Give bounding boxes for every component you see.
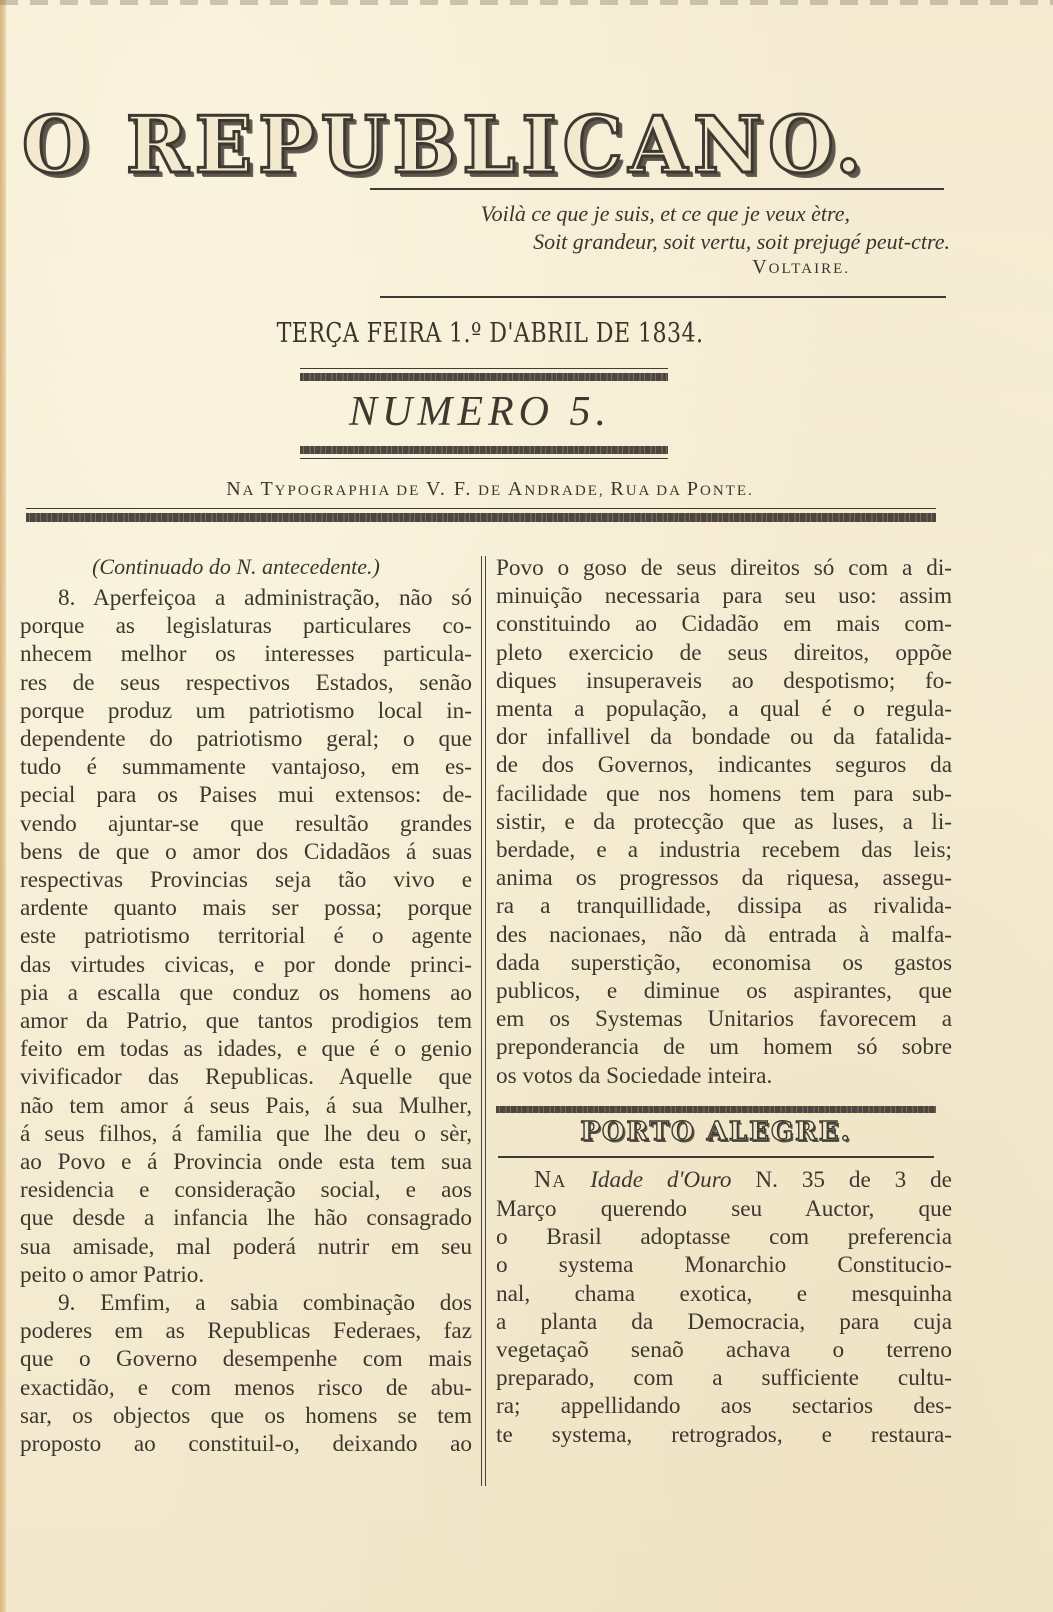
imprint-text: ndrade,	[524, 483, 610, 499]
text-line: menta a população, a qual é o regula-	[496, 695, 952, 723]
text-line: dada superstição, economisa os gastos	[496, 949, 952, 977]
publication-name: Idade d'Ouro	[566, 1167, 731, 1193]
text-line: poderes em as Republicas Federaes, faz	[20, 1317, 472, 1345]
text-line: dor infallivel da bondade ou da fatalida…	[496, 723, 952, 751]
imprint-cap: R	[610, 478, 625, 500]
text-line: diques insuperaveis ao despotismo; fo-	[496, 667, 952, 695]
text-line: em os Systemas Unitarios favorecem a	[496, 1005, 952, 1033]
text-line: constituindo ao Cidadão em mais com-	[496, 610, 952, 638]
text-line: 9. Emfim, a sabia combinação dos	[20, 1289, 472, 1317]
epigraph-author: Voltaire.	[370, 256, 850, 280]
text-line: Povo o goso de seus direitos só com a di…	[496, 554, 952, 582]
text-line: ra a tranquillidade, dissipa as rivalida…	[496, 892, 952, 920]
text-line: des nacionaes, não dà entrada à malfa-	[496, 921, 952, 949]
text-line: dependente do patriotismo geral; o que	[20, 725, 472, 753]
text-line: vendo ajuntar-se que resultão grandes	[20, 810, 472, 838]
imprint-text: de	[472, 483, 508, 499]
text-line: te systema, retrogrados, e restaura-	[496, 1421, 952, 1449]
imprint-text: ypographia de	[275, 483, 426, 499]
text-line: os votos da Sociedade inteira.	[496, 1062, 952, 1090]
text-line: ra; appellidando aos sectarios des-	[496, 1392, 952, 1420]
text-line: residencia e consideração social, e aos	[20, 1176, 472, 1204]
text-line: porque as legislaturas particulares co-	[20, 612, 472, 640]
text-line: 8. Aperfeiçoa a administração, não só	[20, 584, 472, 612]
imprint-cap: A	[508, 478, 524, 500]
imprint-cap: N	[226, 478, 242, 500]
text-line: nal, chama exotica, e mesquinha	[496, 1280, 952, 1308]
text-line: que o Governo desempenhe com mais	[20, 1345, 472, 1373]
epigraph-line-1: Voilà ce que je suis, et ce que je veux …	[370, 200, 850, 228]
section-rule-top	[496, 1106, 936, 1113]
top-bleed-through	[0, 0, 1053, 5]
text-line: Março querendo seu Auctor, que	[496, 1195, 952, 1223]
text-line: vivificador das Republicas. Aquelle que	[20, 1063, 472, 1091]
text-line: bens de que o amor dos Cidadãos á suas	[20, 838, 472, 866]
text-line: amor da Patrio, que tantos prodigios tem	[20, 1007, 472, 1035]
right-column: Povo o goso de seus direitos só com a di…	[496, 554, 952, 1449]
lead-smallcaps: Na	[534, 1171, 566, 1191]
text-line: preparado, com a sufficiente cultu-	[496, 1364, 952, 1392]
text-line: pecial para os Paises mui extensos: de-	[20, 781, 472, 809]
epigraph-rule	[380, 296, 946, 298]
text-line: publicos, e diminue os aspirantes, que	[496, 977, 952, 1005]
text-line: pleto exercicio de seus direitos, oppõe	[496, 639, 952, 667]
text-line: sistir, e da protecção que as luses, a l…	[496, 808, 952, 836]
number-rule-top-thick	[300, 373, 668, 381]
imprint-cap: P	[687, 478, 700, 500]
left-column: (Continuado do N. antecedente.) 8. Aperf…	[20, 552, 472, 1458]
text-line: porque produz um patriotismo local in-	[20, 697, 472, 725]
header-rule-thin	[26, 508, 936, 509]
text-line: respectivas Provincias seja tão vivo e	[20, 866, 472, 894]
issue-number: NUMERO 5.	[0, 388, 960, 436]
section-title: PORTO ALEGRE.	[496, 1118, 936, 1146]
text-line: nhecem melhor os interesses particula-	[20, 640, 472, 668]
number-rule-bottom-thin	[300, 458, 668, 459]
imprint-text: ua da	[626, 483, 687, 499]
imprint-text: onte.	[700, 483, 754, 499]
lead-rest: a	[552, 1171, 566, 1191]
author-initial: V	[752, 256, 768, 278]
text-line: este patriotismo territorial é o agente	[20, 922, 472, 950]
text-line: ardente quanto mais ser possa; porque	[20, 894, 472, 922]
imprint-line: Na Typographia de V. F. de Andrade, Rua …	[0, 478, 980, 501]
text-line: minuição necessaria para seu uso: assim	[496, 582, 952, 610]
column-divider	[481, 556, 486, 1486]
lead-cap: N	[534, 1167, 552, 1193]
text-line: tudo é summamente vantajoso, em es-	[20, 753, 472, 781]
text-line: anima os progressos da riquesa, assegu-	[496, 864, 952, 892]
text-line: vegetaçaõ senaõ achava o terreno	[496, 1336, 952, 1364]
issue-date: TERÇA FEIRA 1.º D'ABRIL DE 1834.	[88, 318, 892, 349]
text-line: de dos Governos, indicantes seguros da	[496, 751, 952, 779]
text-line: exactidão, e com menos risco de abu-	[20, 1374, 472, 1402]
epigraph: Voilà ce que je suis, et ce que je veux …	[370, 200, 950, 280]
number-rule-top-thin	[300, 368, 668, 369]
text-line: a planta da Democracia, para cuja	[496, 1308, 952, 1336]
imprint-text: a	[243, 483, 261, 499]
text-line: o Brasil adoptasse com preferencia	[496, 1223, 952, 1251]
text-line: o systema Monarchio Constitucio-	[496, 1251, 952, 1279]
text-line: sua amisade, mal poderá nutrir em seu	[20, 1233, 472, 1261]
imprint-cap: T	[260, 478, 274, 500]
text-line: peito o amor Patrio.	[20, 1261, 472, 1289]
masthead: O REPUBLICANO.	[22, 100, 942, 192]
text-line: não tem amor á seus Pais, á sua Mulher,	[20, 1092, 472, 1120]
section-header-porto-alegre: PORTO ALEGRE.	[496, 1104, 936, 1160]
text-line: facilidade que nos homens tem para sub-	[496, 780, 952, 808]
text-line: ao Povo e á Provincia onde esta tem sua	[20, 1148, 472, 1176]
continued-note: (Continuado do N. antecedente.)	[20, 552, 472, 582]
text-line: proposto ao constituil-o, deixando ao	[20, 1430, 472, 1458]
text-line: das virtudes civicas, e por donde princi…	[20, 951, 472, 979]
page-edge	[0, 0, 6, 1612]
text-line: berdade, e a industria recebem das leis;	[496, 836, 952, 864]
text-line: preponderancia de um homem só sobre	[496, 1033, 952, 1061]
number-rule-bottom-thick	[300, 446, 668, 454]
author-rest: oltaire.	[769, 261, 850, 277]
text-line: á seus filhos, á familia que lhe deu o s…	[20, 1120, 472, 1148]
text-line: sar, os objectos que os homens se tem	[20, 1402, 472, 1430]
newspaper-title: O REPUBLICANO.	[22, 107, 868, 185]
epigraph-line-2: Soit grandeur, soit vertu, soit prejugé …	[370, 228, 950, 256]
text-line: res de seus respectivos Estados, senão	[20, 669, 472, 697]
text-line: pia a escalla que conduz os homens ao	[20, 979, 472, 1007]
lead-tail: N. 35 de 3 de	[732, 1167, 952, 1193]
text-line: Na Idade d'Ouro N. 35 de 3 de	[496, 1166, 952, 1195]
text-line: que desde a infancia lhe hão consagrado	[20, 1204, 472, 1232]
text-line: feito em todas as idades, e que é o geni…	[20, 1035, 472, 1063]
imprint-cap: V. F.	[426, 478, 472, 500]
masthead-rule	[370, 188, 944, 190]
section-rule-bottom	[498, 1156, 934, 1158]
header-rule-thick	[26, 513, 936, 522]
